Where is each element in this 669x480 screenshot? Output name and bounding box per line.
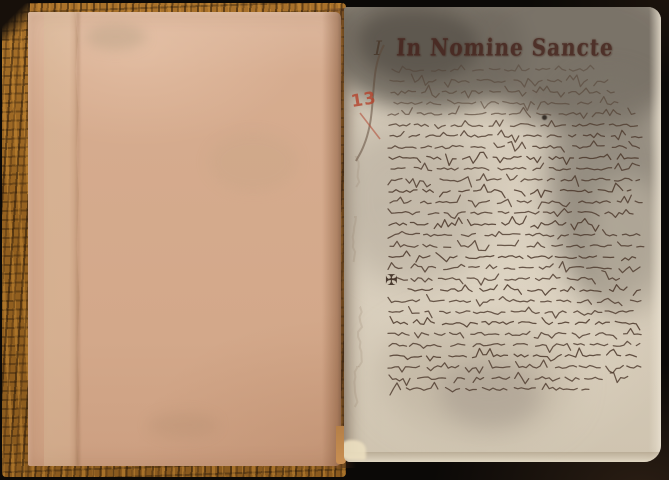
bleedthrough-mark <box>358 307 362 367</box>
red-slash <box>360 113 380 139</box>
text-line <box>388 230 640 239</box>
manuscript-page: I In Nomine Sancte 13 ✠ <box>344 7 661 462</box>
text-line <box>388 174 640 188</box>
paper-stain <box>148 412 218 438</box>
text-line <box>408 285 640 296</box>
text-line <box>388 360 641 373</box>
text-line <box>388 106 635 118</box>
text-line <box>389 372 628 385</box>
bleedthrough-mark <box>353 217 356 262</box>
text-line <box>390 348 636 361</box>
text-line <box>390 271 619 285</box>
handwriting-lines <box>344 7 661 462</box>
paper-stain <box>208 132 298 192</box>
text-line <box>390 317 640 330</box>
text-line <box>389 120 637 129</box>
text-line <box>389 251 636 262</box>
text-line <box>392 65 594 73</box>
text-line <box>391 163 639 171</box>
left-blank-page <box>28 12 341 466</box>
text-line <box>394 97 618 111</box>
text-line <box>390 130 642 142</box>
worn-corner <box>0 0 30 40</box>
bleedthrough-mark <box>354 367 357 407</box>
margin-cross-icon: ✠ <box>385 271 398 289</box>
text-line <box>388 141 639 152</box>
bleedthrough-mark <box>356 157 359 187</box>
paper-stain <box>86 24 146 50</box>
manuscript-scan: I In Nomine Sancte 13 ✠ <box>0 0 669 480</box>
gothic-header: In Nomine Sancte <box>396 33 627 61</box>
text-line <box>390 382 589 395</box>
folio-numeral: I <box>374 36 382 60</box>
text-line <box>388 295 641 307</box>
text-line <box>389 341 640 352</box>
text-line <box>390 195 642 208</box>
text-line <box>389 216 599 231</box>
text-line <box>389 152 638 165</box>
text-line <box>390 240 644 250</box>
text-line <box>389 307 638 319</box>
red-foliation-number: 13 <box>350 88 378 112</box>
text-line <box>388 329 641 339</box>
torn-page-stub <box>44 12 80 466</box>
text-line <box>390 74 608 87</box>
torn-edge-shadow <box>76 12 80 466</box>
text-line <box>388 209 633 219</box>
